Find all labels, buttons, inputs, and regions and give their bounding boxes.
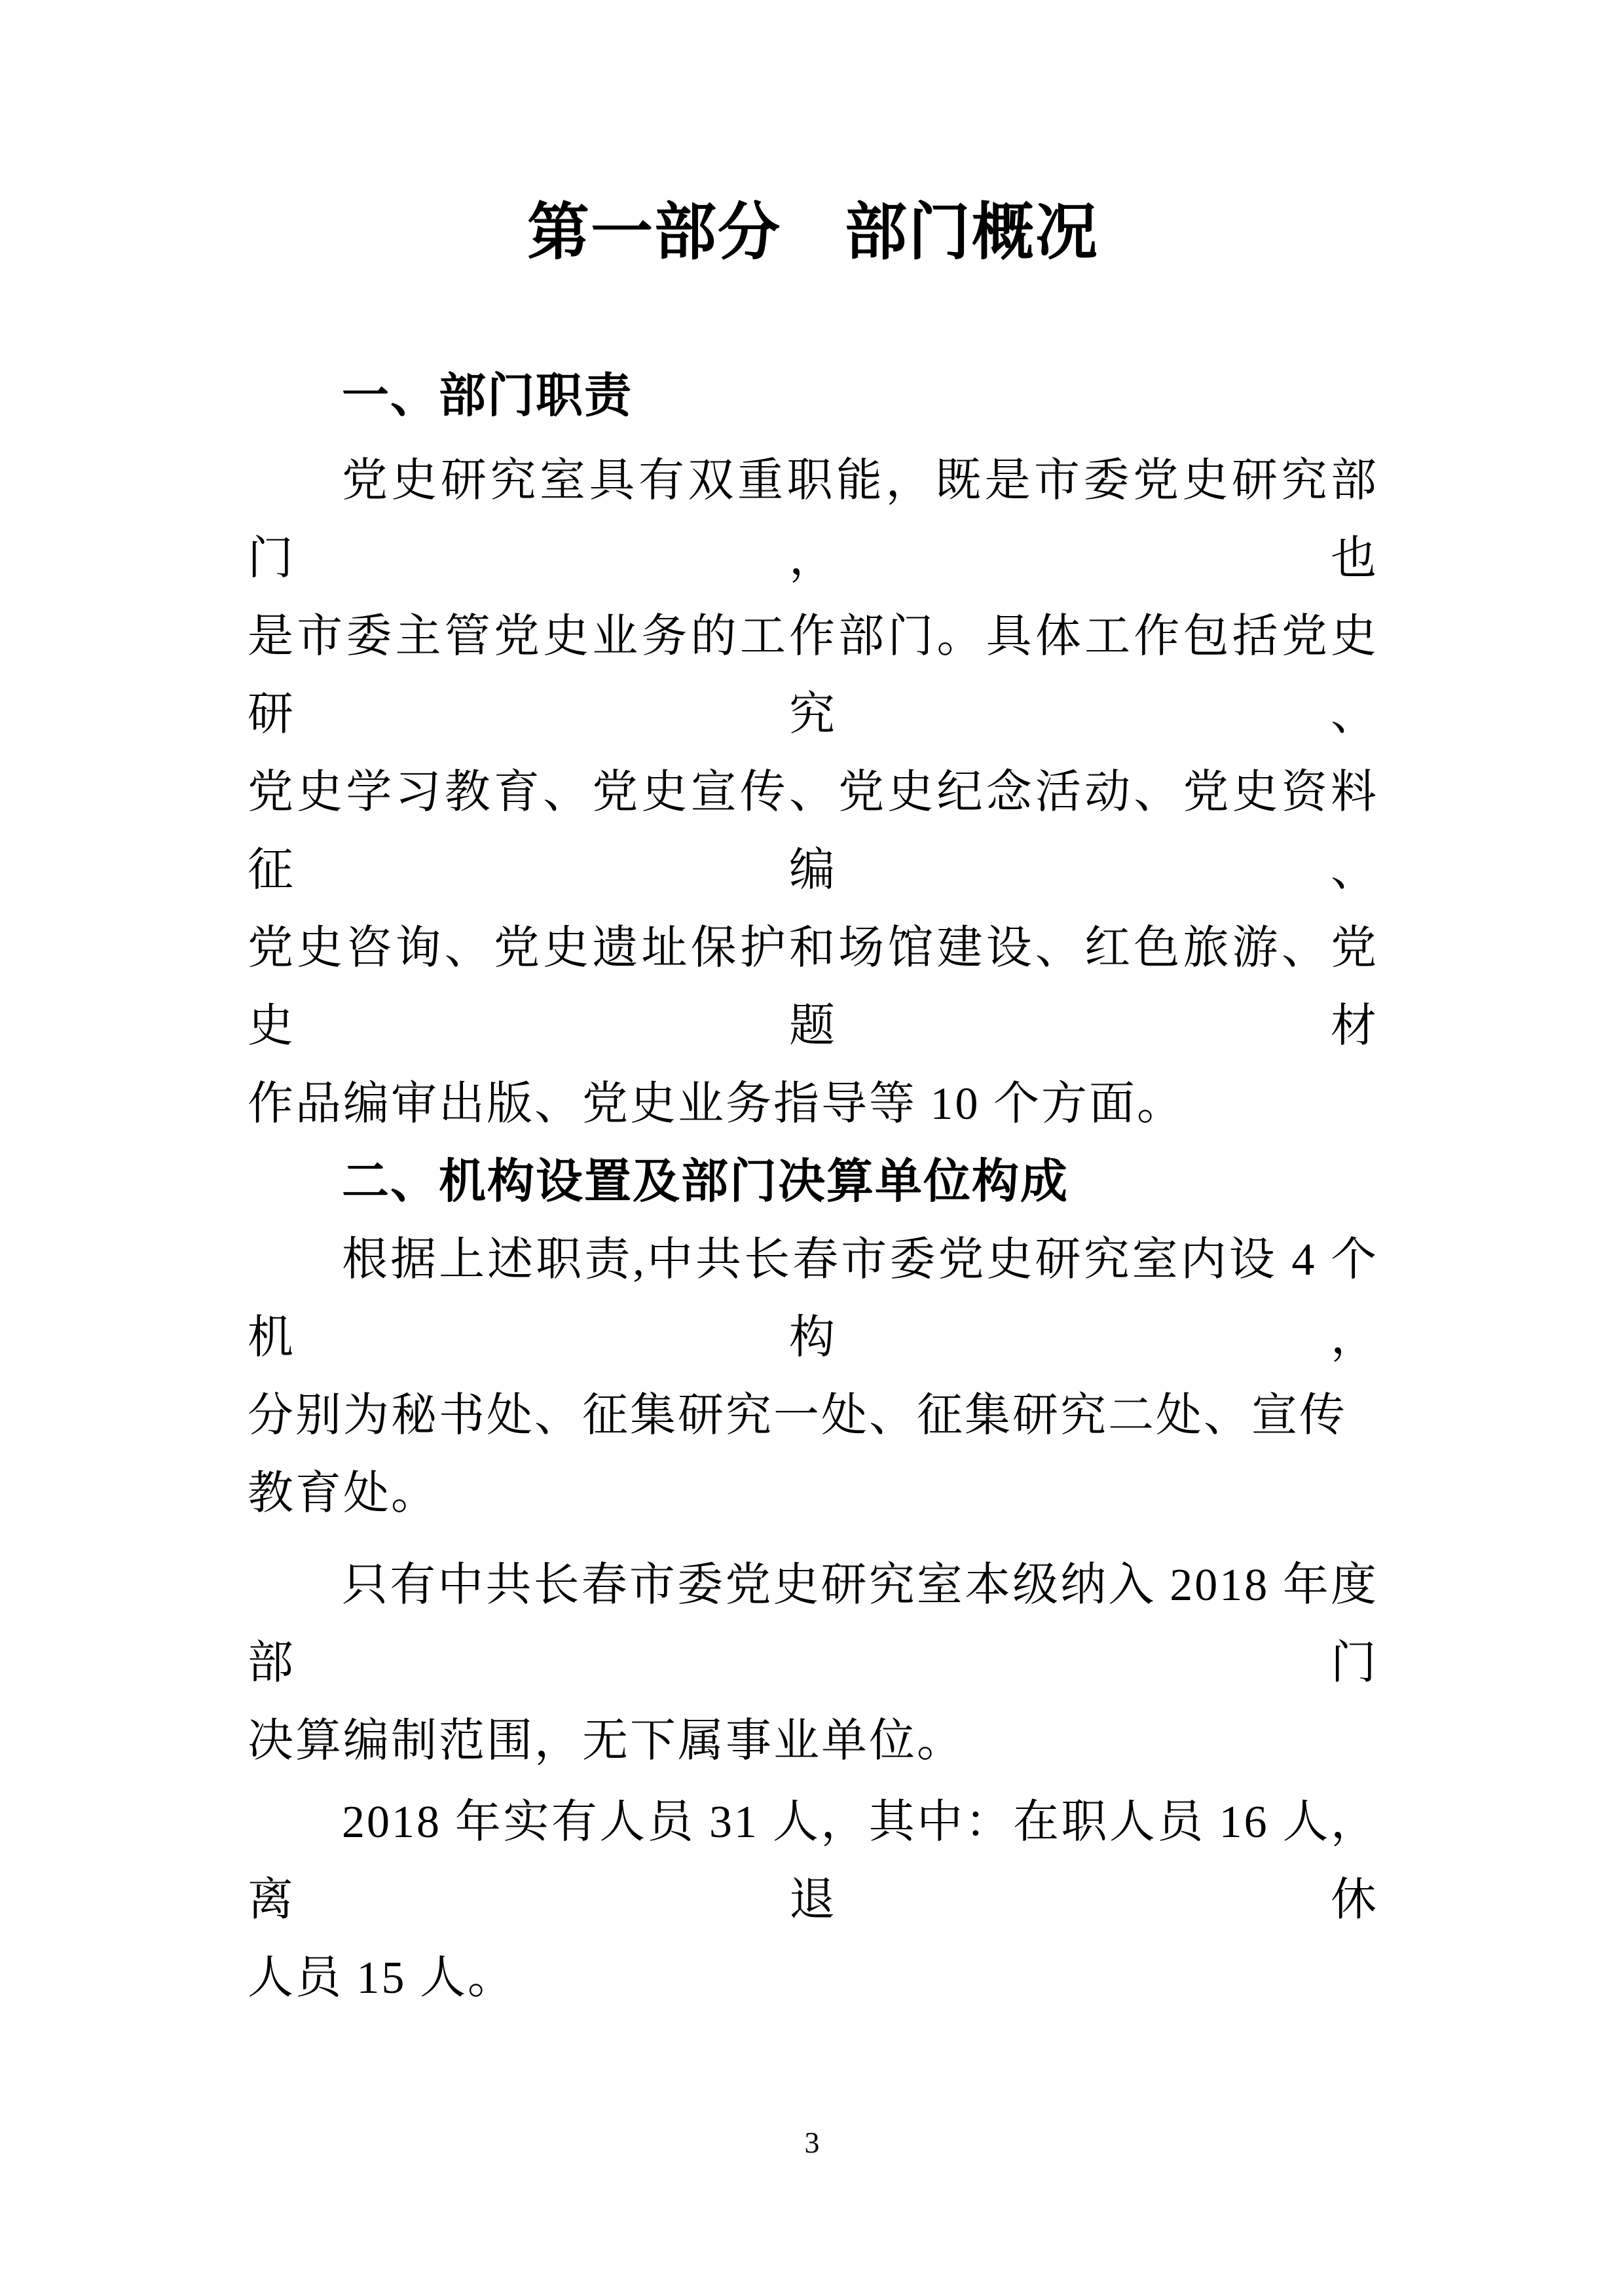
paragraph: 根据上述职责,中共长春市委党史研究室内设 4 个机构， 分别为秘书处、征集研究一… [248,1221,1378,1533]
document-content: 第一部分 部门概况 一、部门职责 党史研究室具有双重职能，既是市委党史研究部门，… [248,0,1378,2017]
paragraph-line: 党史学习教育、党史宣传、党史纪念活动、党史资料征编、 [248,754,1378,909]
paragraph: 党史研究室具有双重职能，既是市委党史研究部门，也 是市委主管党史业务的工作部门。… [248,442,1378,1143]
paragraph-line: 决算编制范围，无下属事业单位。 [248,1702,1378,1780]
paragraph-line: 人员 15 人。 [248,1939,1378,2017]
paragraph: 只有中共长春市委党史研究室本级纳入 2018 年度部门 决算编制范围，无下属事业… [248,1546,1378,1780]
paragraph-line: 是市委主管党史业务的工作部门。具体工作包括党史研究、 [248,598,1378,754]
paragraph-line: 根据上述职责,中共长春市委党史研究室内设 4 个机构， [248,1221,1378,1377]
document-page: 第一部分 部门概况 一、部门职责 党史研究室具有双重职能，既是市委党史研究部门，… [0,0,1624,2296]
paragraph: 2018 年实有人员 31 人，其中：在职人员 16 人，离退休 人员 15 人… [248,1783,1378,2017]
section-heading-1: 一、部门职责 [248,357,1378,435]
section-heading-2: 二、机构设置及部门决算单位构成 [248,1143,1378,1221]
page-number: 3 [0,2126,1624,2159]
paragraph-line: 党史研究室具有双重职能，既是市委党史研究部门，也 [248,442,1378,598]
paragraph-line: 分别为秘书处、征集研究一处、征集研究二处、宣传教育处。 [248,1377,1378,1533]
paragraph-line: 2018 年实有人员 31 人，其中：在职人员 16 人，离退休 [248,1783,1378,1939]
page-title: 第一部分 部门概况 [248,195,1378,270]
paragraph-line: 作品编审出版、党史业务指导等 10 个方面。 [248,1065,1378,1143]
paragraph-line: 党史咨询、党史遗址保护和场馆建设、红色旅游、党史题材 [248,909,1378,1065]
paragraph-line: 只有中共长春市委党史研究室本级纳入 2018 年度部门 [248,1546,1378,1702]
